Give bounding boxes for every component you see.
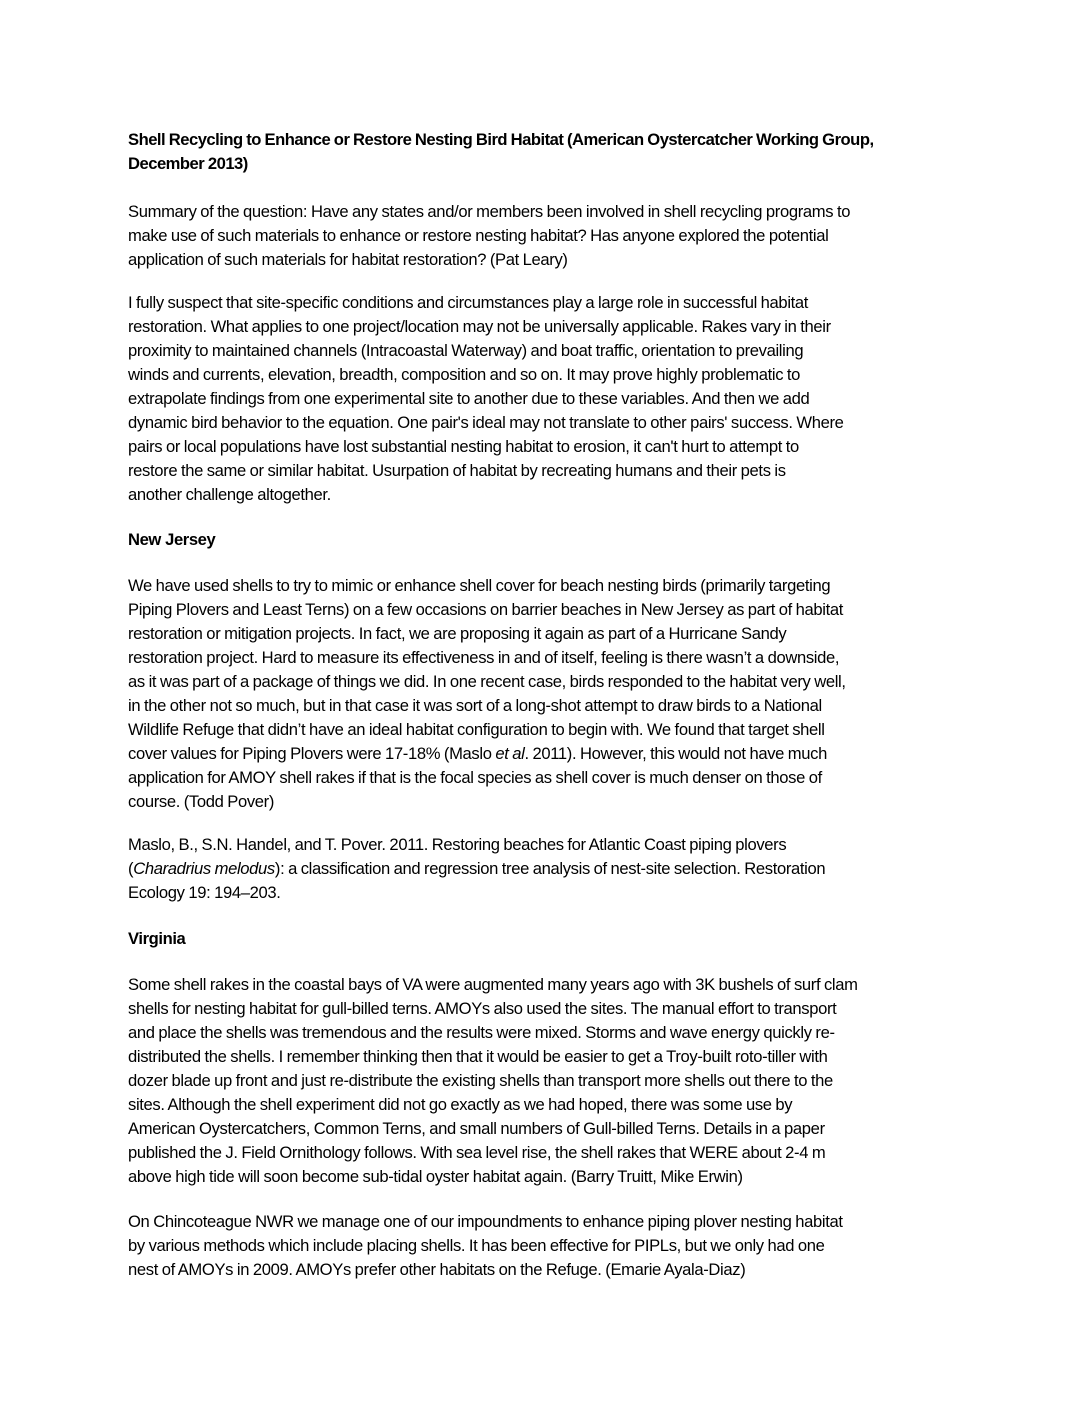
italic-species-name: Charadrius melodus xyxy=(133,859,275,878)
text-line: in the other not so much, but in that ca… xyxy=(128,694,968,718)
text-line: restoration. What applies to one project… xyxy=(128,315,968,339)
italic-citation: et al xyxy=(495,744,524,763)
text-line-with-italic: cover values for Piping Plovers were 17-… xyxy=(128,742,968,766)
reference-citation: Maslo, B., S.N. Handel, and T. Pover. 20… xyxy=(128,833,968,905)
document-title: Shell Recycling to Enhance or Restore Ne… xyxy=(128,128,968,176)
text-line: make use of such materials to enhance or… xyxy=(128,224,968,248)
text-line: shells for nesting habitat for gull-bill… xyxy=(128,997,968,1021)
section-heading-new-jersey: New Jersey xyxy=(128,528,968,552)
text-line: restore the same or similar habitat. Usu… xyxy=(128,459,968,483)
text-line: another challenge altogether. xyxy=(128,483,968,507)
text-line: On Chincoteague NWR we manage one of our… xyxy=(128,1210,968,1234)
title-line: Shell Recycling to Enhance or Restore Ne… xyxy=(128,128,968,152)
text-line: We have used shells to try to mimic or e… xyxy=(128,574,968,598)
text-line: Wildlife Refuge that didn’t have an idea… xyxy=(128,718,968,742)
chincoteague-paragraph: On Chincoteague NWR we manage one of our… xyxy=(128,1210,968,1282)
text-line: restoration or mitigation projects. In f… xyxy=(128,622,968,646)
text-line: winds and currents, elevation, breadth, … xyxy=(128,363,968,387)
title-line: December 2013) xyxy=(128,152,968,176)
text-line: published the J. Field Ornithology follo… xyxy=(128,1141,968,1165)
text-line: application of such materials for habita… xyxy=(128,248,968,272)
text-line: I fully suspect that site-specific condi… xyxy=(128,291,968,315)
text-line: extrapolate findings from one experiment… xyxy=(128,387,968,411)
new-jersey-paragraph: We have used shells to try to mimic or e… xyxy=(128,574,968,814)
text-segment: cover values for Piping Plovers were 17-… xyxy=(128,744,495,763)
text-line: by various methods which include placing… xyxy=(128,1234,968,1258)
text-line: dozer blade up front and just re-distrib… xyxy=(128,1069,968,1093)
text-line: sites. Although the shell experiment did… xyxy=(128,1093,968,1117)
text-line: Ecology 19: 194–203. xyxy=(128,881,968,905)
text-line: proximity to maintained channels (Intrac… xyxy=(128,339,968,363)
text-line: Some shell rakes in the coastal bays of … xyxy=(128,973,968,997)
text-line: distributed the shells. I remember think… xyxy=(128,1045,968,1069)
text-line: Maslo, B., S.N. Handel, and T. Pover. 20… xyxy=(128,833,968,857)
text-segment: ): a classification and regression tree … xyxy=(275,859,825,878)
section-heading-virginia: Virginia xyxy=(128,927,968,951)
text-line-with-italic: (Charadrius melodus): a classification a… xyxy=(128,857,968,881)
summary-paragraph: Summary of the question: Have any states… xyxy=(128,200,968,272)
virginia-paragraph: Some shell rakes in the coastal bays of … xyxy=(128,973,968,1189)
text-line: nest of AMOYs in 2009. AMOYs prefer othe… xyxy=(128,1258,968,1282)
text-line: pairs or local populations have lost sub… xyxy=(128,435,968,459)
text-line: course. (Todd Pover) xyxy=(128,790,968,814)
text-line: as it was part of a package of things we… xyxy=(128,670,968,694)
text-line: Summary of the question: Have any states… xyxy=(128,200,968,224)
intro-paragraph: I fully suspect that site-specific condi… xyxy=(128,291,968,507)
text-line: restoration project. Hard to measure its… xyxy=(128,646,968,670)
text-line: Piping Plovers and Least Terns) on a few… xyxy=(128,598,968,622)
text-line: American Oystercatchers, Common Terns, a… xyxy=(128,1117,968,1141)
text-line: dynamic bird behavior to the equation. O… xyxy=(128,411,968,435)
text-line: application for AMOY shell rakes if that… xyxy=(128,766,968,790)
text-line: and place the shells was tremendous and … xyxy=(128,1021,968,1045)
text-segment: . 2011). However, this would not have mu… xyxy=(524,744,826,763)
text-line: above high tide will soon become sub-tid… xyxy=(128,1165,968,1189)
